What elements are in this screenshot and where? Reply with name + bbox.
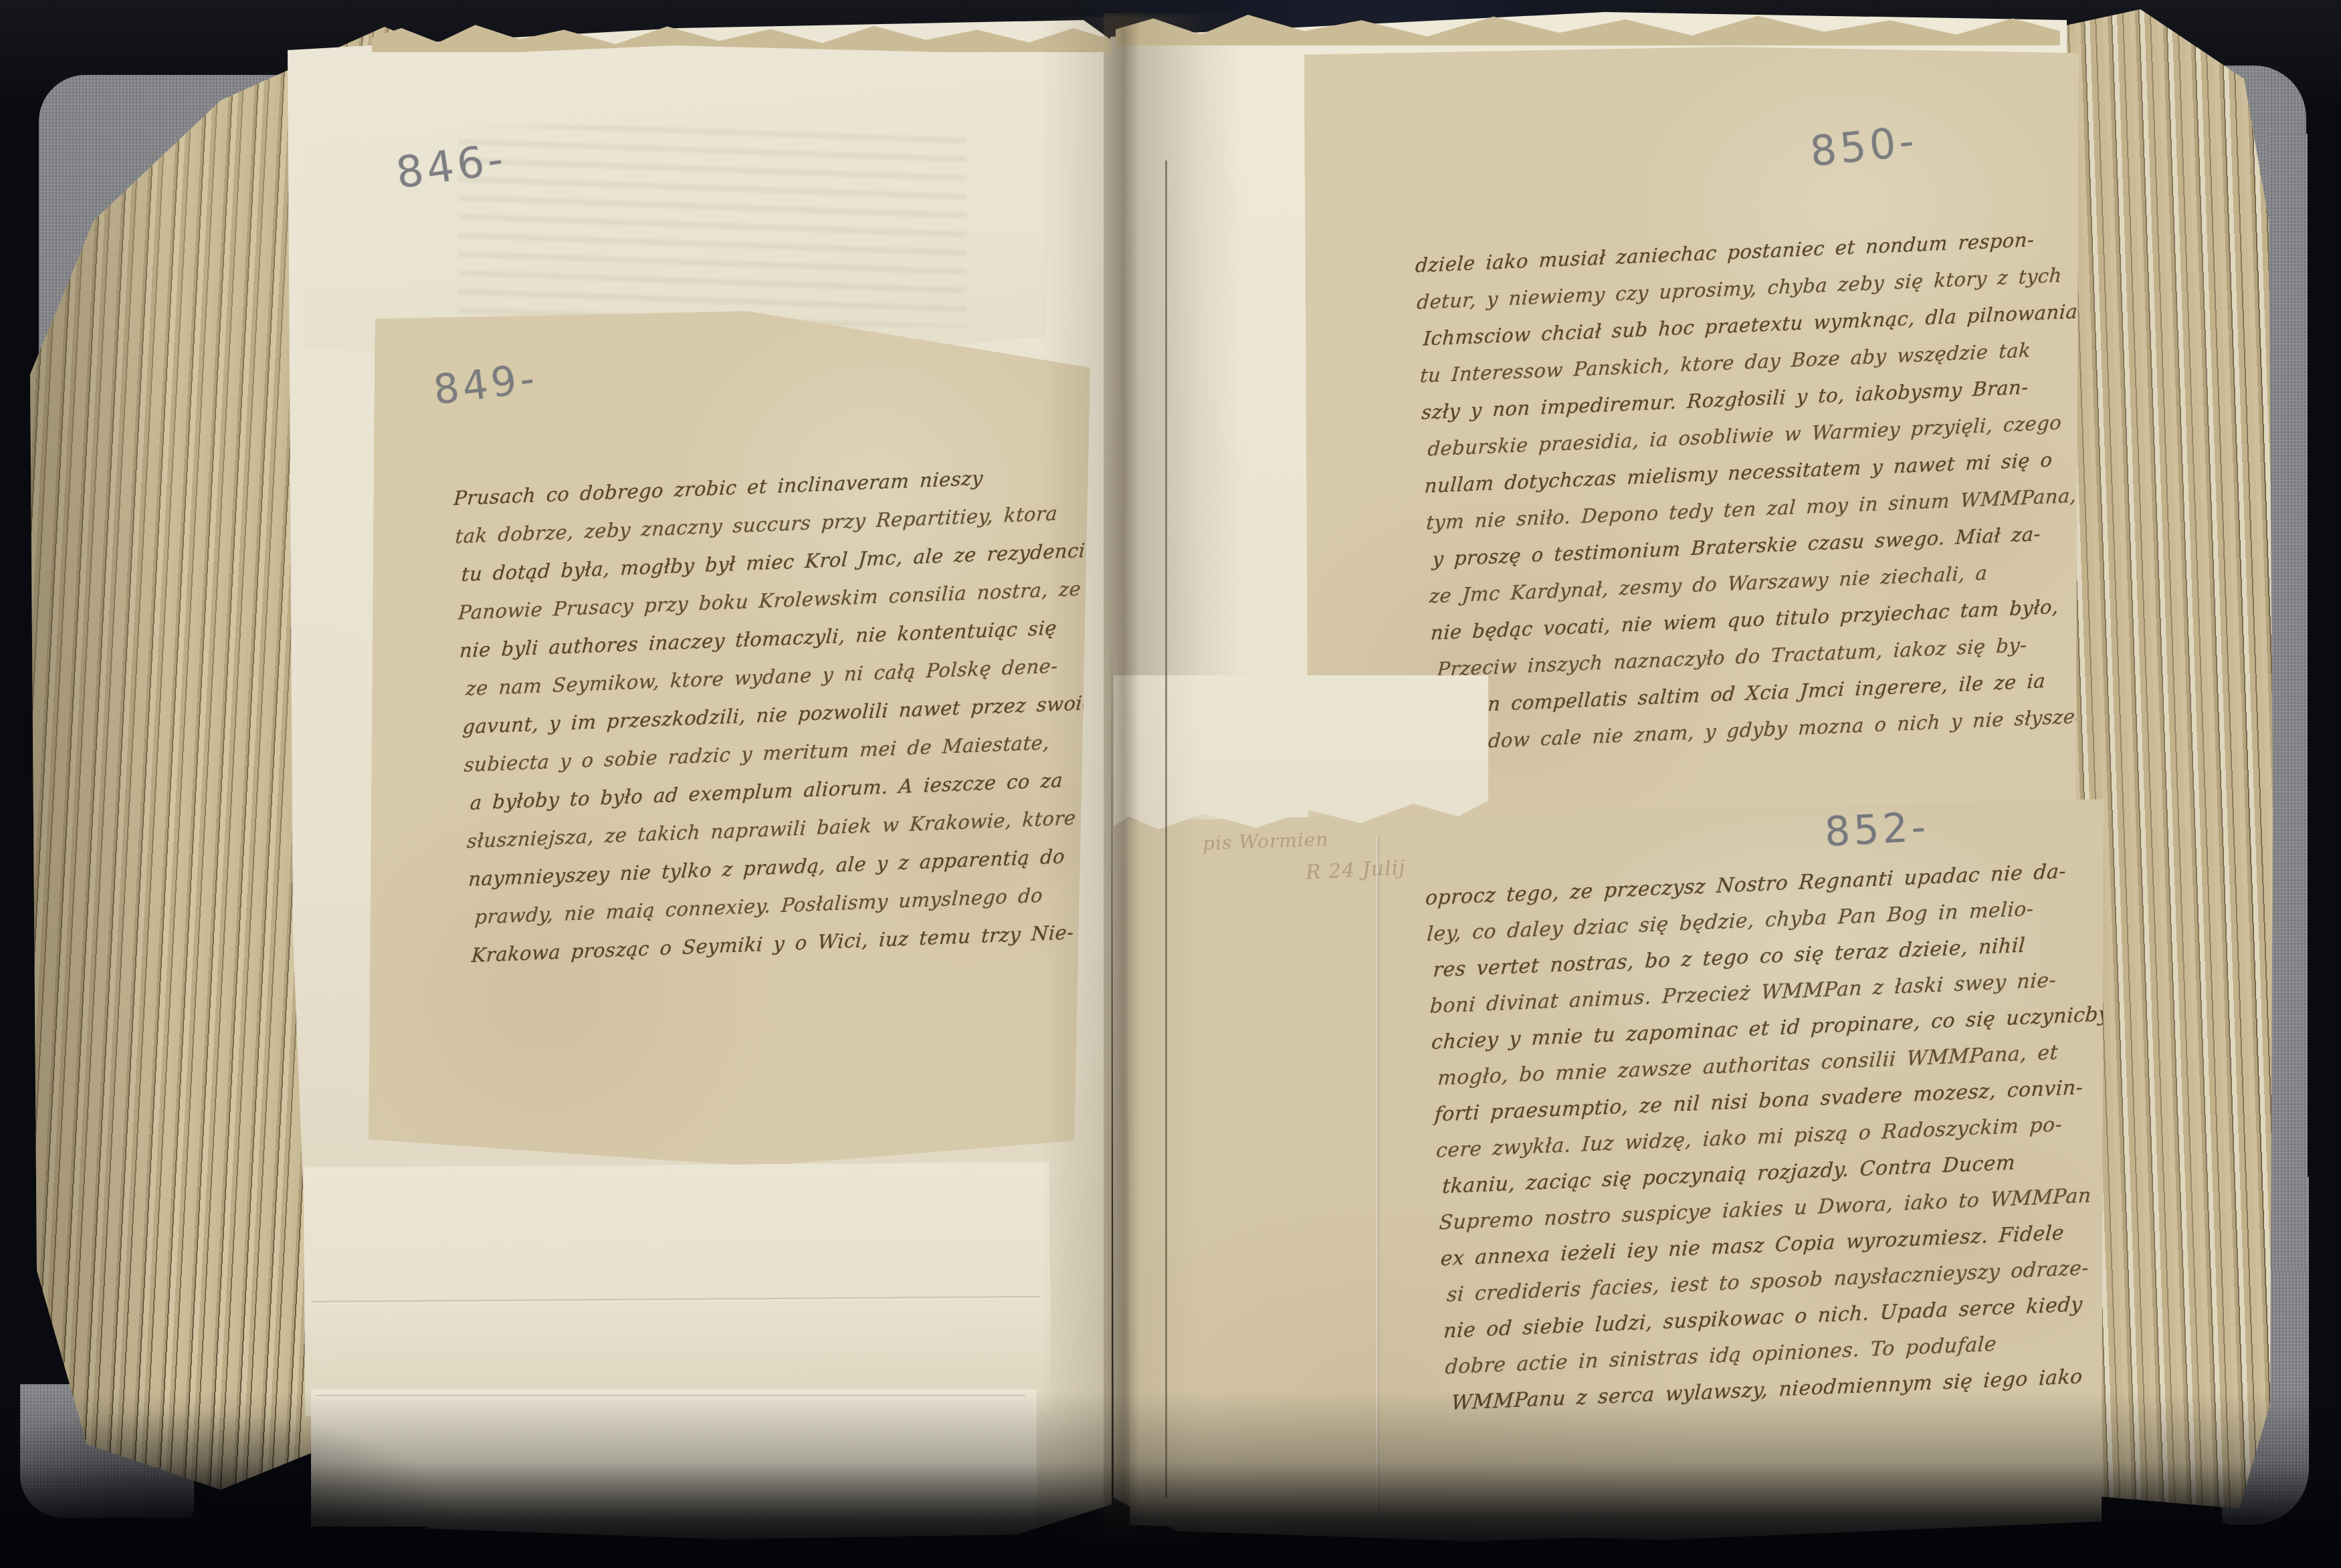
blank-folded-letter-lower xyxy=(311,1389,1037,1527)
photo-stage: Prusach co dobrego zrobic et inclinavera… xyxy=(0,0,2341,1568)
faint-annotation-line1: pis Wormien xyxy=(1202,828,1328,855)
fold-crease-vertical xyxy=(1377,836,1379,1518)
ink-bleedthrough-smudge xyxy=(458,126,966,326)
fold-crease xyxy=(311,1296,1040,1304)
pasted-letter-852: oprocz tego, ze przeczysz Nostro Regnant… xyxy=(1127,799,2104,1540)
handwriting-block-852: oprocz tego, ze przeczysz Nostro Regnant… xyxy=(1425,852,2129,1422)
center-gutter-crease-line xyxy=(1165,160,1167,1498)
blank-folded-letter-upper xyxy=(304,1162,1051,1416)
pencil-page-number-852: 852- xyxy=(1823,804,1930,856)
fold-crease xyxy=(316,1395,1025,1397)
handwriting-block-850: dziele iako musiał zaniechac postaniec e… xyxy=(1415,220,2098,762)
cover-pad-right-edge xyxy=(2267,134,2308,1270)
handwriting-block-849: Prusach co dobrego zrobic et inclinavera… xyxy=(453,455,1114,974)
pasted-letter-849: Prusach co dobrego zrobic et inclinavera… xyxy=(363,306,1091,1175)
